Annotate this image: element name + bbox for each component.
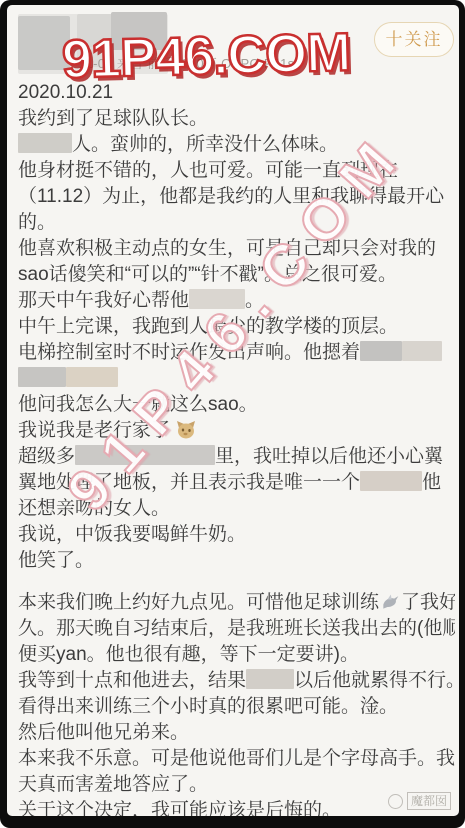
post-line: 电梯控制室时不时运作发出声响。他摁着 [18, 340, 455, 366]
redacted-block [246, 669, 294, 689]
post-text: 天真而害羞地答应了。 [18, 774, 208, 795]
post-text: 电梯控制室时不时运作发出声响。他摁着 [18, 342, 360, 363]
post-line: 人。蛮帅的，所幸没什么体味。 [18, 132, 455, 158]
redacted-block [189, 289, 245, 309]
post-text: 的。 [18, 212, 56, 233]
post-text: 他身材挺不错的，人也可爱。可能一直到现在 [18, 160, 398, 181]
post-meta: 11-08 来自 前后2000万 OPPO R11s [79, 53, 294, 72]
post-text: （11.12）为止，他都是我约的人里和我聊得最开心 [18, 186, 444, 207]
post-line: 他喜欢积极主动点的女生，可是自己却只会对我的 [18, 236, 455, 262]
username-blur[interactable] [111, 12, 167, 50]
redacted-block [75, 445, 215, 465]
post-text: 里，我吐掉以后他还小心翼 [215, 446, 443, 467]
post-text: 那天中午我好心帮他 [18, 290, 189, 311]
post-text: 他 [422, 472, 441, 493]
post-text: sao话傻笑和“可以的”“针不戳”。总之很可爱。 [18, 264, 397, 285]
post-text: 超级多 [18, 446, 75, 467]
post-text: 我说，中饭我要喝鲜牛奶。 [18, 524, 246, 545]
post-line: 我说我是老行家了 [18, 418, 455, 444]
post-line [18, 366, 455, 392]
post-line: 我说，中饭我要喝鲜牛奶。 [18, 522, 455, 548]
post-line: 然后他叫他兄弟来。 [18, 720, 455, 746]
post-text: 他问我怎么大一就这么sao。 [18, 394, 258, 415]
post-text: 了我好 [401, 592, 455, 613]
post-text: 2020.10.21 [18, 82, 113, 103]
redacted-block [18, 367, 66, 387]
post-text: 还想亲吻的女人。 [18, 498, 170, 519]
photo-frame: 11-08 来自 前后2000万 OPPO R11s 十关注 2020.10.2… [0, 0, 465, 828]
post-line: 他问我怎么大一就这么sao。 [18, 392, 455, 418]
post-card: 11-08 来自 前后2000万 OPPO R11s 十关注 2020.10.2… [7, 5, 459, 816]
post-line: sao话傻笑和“可以的”“针不戳”。总之很可爱。 [18, 262, 455, 288]
post-text: 久。那天晚自习结束后，是我班班长送我出去的(他顺 [18, 618, 455, 639]
post-line: 那天中午我好心帮他。 [18, 288, 455, 314]
post-text: 他喜欢积极主动点的女生，可是自己却只会对我的 [18, 238, 436, 259]
follow-button[interactable]: 十关注 [374, 22, 454, 57]
doge-emoji [176, 420, 196, 440]
post-text: 看得出来训练三个小时真的很累吧可能。淦。 [18, 696, 398, 717]
post-text: 中午上完课，我跑到人最少的教学楼的顶层。 [18, 316, 398, 337]
post-line: 本来我们晚上约好九点见。可惜他足球训练了我好 [18, 590, 455, 616]
dove-emoji [380, 592, 400, 612]
post-line: 看得出来训练三个小时真的很累吧可能。淦。 [18, 694, 455, 720]
avatar[interactable] [18, 16, 70, 70]
post-line: 我约到了足球队队长。 [18, 106, 455, 132]
post-line: 还想亲吻的女人。 [18, 496, 455, 522]
post-line: （11.12）为止，他都是我约的人里和我聊得最开心 [18, 184, 455, 210]
post-line: 中午上完课，我跑到人最少的教学楼的顶层。 [18, 314, 455, 340]
post-text: 本来我不乐意。可是他说他哥们儿是个字母高手。我 [18, 748, 455, 769]
post-line: 便买yan。他也很有趣，等下一定要讲)。 [18, 642, 455, 668]
post-line: 我等到十点和他进去，结果以后他就累得不行。 [18, 668, 455, 694]
redacted-block [360, 341, 402, 361]
post-text: 我等到十点和他进去，结果 [18, 670, 246, 691]
redacted-block [360, 471, 422, 491]
post-text: 。 [245, 290, 264, 311]
post-text: 我说我是老行家了 [18, 420, 175, 441]
post-line: 2020.10.21 [18, 80, 455, 106]
post-line: 本来我不乐意。可是他说他哥们儿是个字母高手。我 [18, 746, 455, 772]
post-line: 他身材挺不错的，人也可爱。可能一直到现在 [18, 158, 455, 184]
post-text: 翼地处理了地板，并且表示我是唯一一个 [18, 472, 360, 493]
post-text: 关于这个决定，我可能应该是后悔的。 [18, 800, 341, 816]
post-text: 他笑了。 [18, 550, 94, 571]
post-text: 便买yan。他也很有趣，等下一定要讲)。 [18, 644, 359, 665]
brand-logo-icon [388, 794, 403, 809]
redacted-block [66, 367, 118, 387]
post-line: 的。 [18, 210, 455, 236]
brand-name: 魔都囡 [407, 792, 451, 810]
post-text: 本来我们晚上约好九点见。可惜他足球训练 [18, 592, 379, 613]
post-line: 翼地处理了地板，并且表示我是唯一一个他 [18, 470, 455, 496]
post-text: 以后他就累得不行。 [294, 670, 455, 691]
post-text: 然后他叫他兄弟来。 [18, 722, 189, 743]
post-line: 他笑了。 [18, 548, 455, 574]
post-line: 久。那天晚自习结束后，是我班班长送我出去的(他顺 [18, 616, 455, 642]
corner-brand: 魔都囡 [388, 792, 451, 810]
redacted-block [402, 341, 442, 361]
post-text: 人。蛮帅的，所幸没什么体味。 [72, 134, 338, 155]
post-text: 我约到了足球队队长。 [18, 108, 208, 129]
post-body: 2020.10.21我约到了足球队队长。人。蛮帅的，所幸没什么体味。他身材挺不错… [18, 80, 455, 816]
post-line: 超级多里，我吐掉以后他还小心翼 [18, 444, 455, 470]
redacted-block [18, 133, 72, 153]
